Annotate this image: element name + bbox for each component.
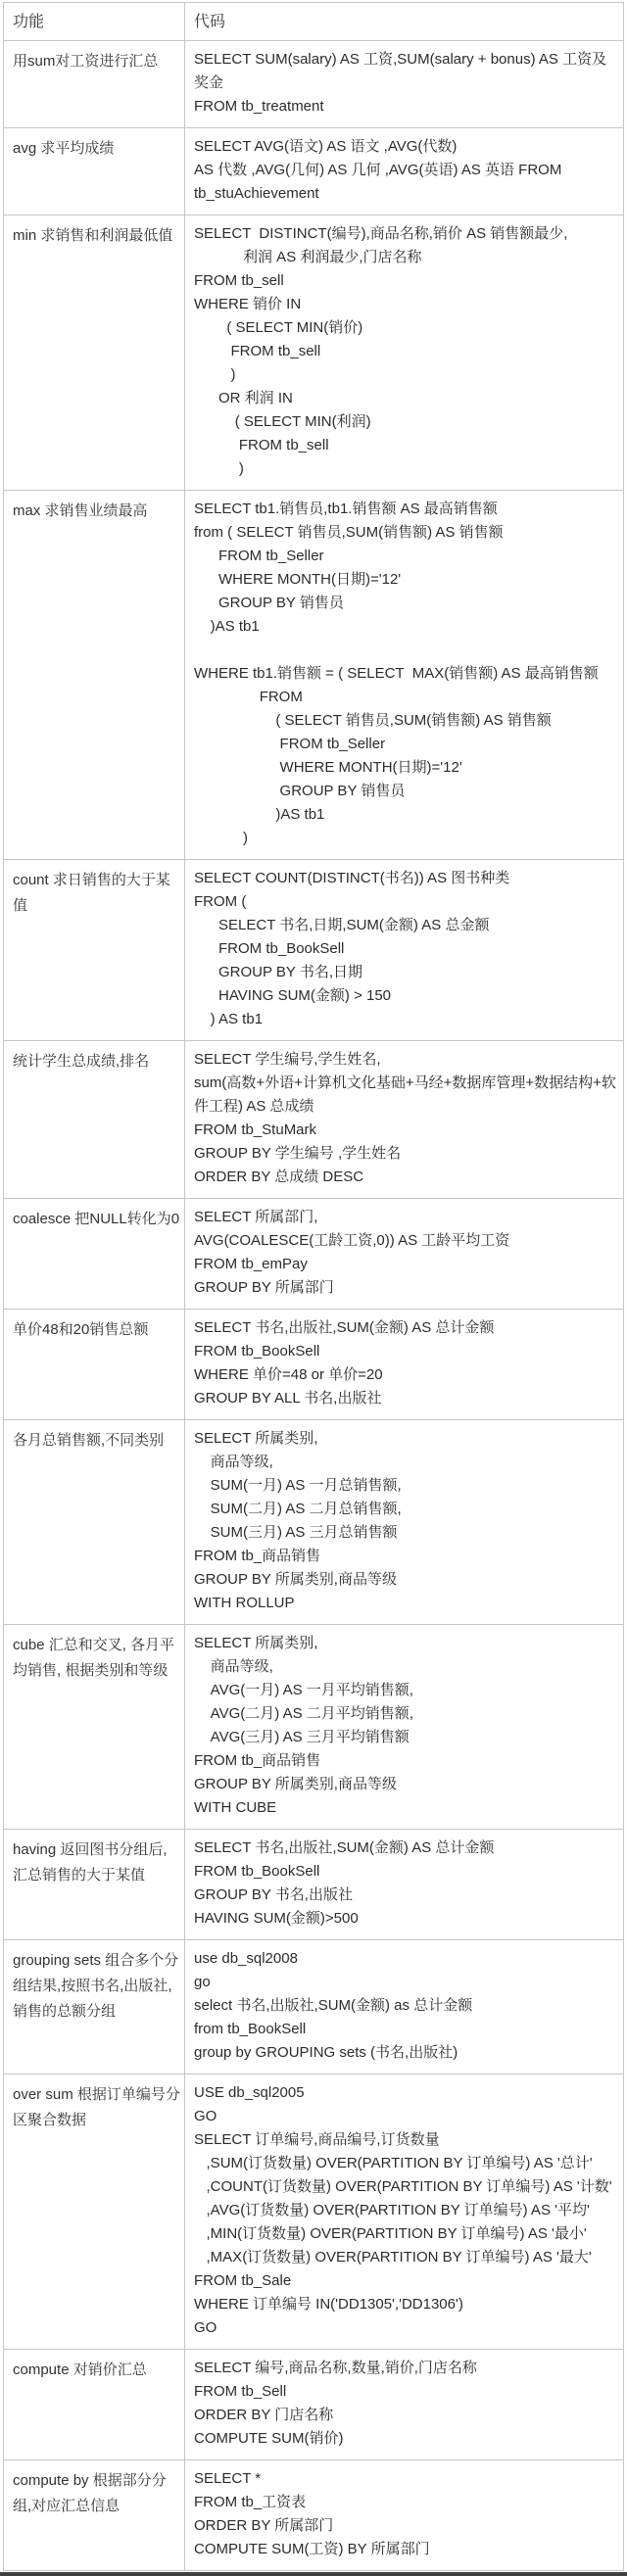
code-line: GROUP BY 销售员 (194, 780, 617, 803)
code-cell: SELECT AVG(语文) AS 语文 ,AVG(代数)AS 代数 ,AVG(… (185, 128, 624, 215)
code-line: GROUP BY 销售员 (194, 592, 617, 615)
code-line: WITH CUBE (194, 1796, 617, 1820)
code-line: ,MAX(订货数量) OVER(PARTITION BY 订单编号) AS '最… (194, 2246, 617, 2269)
feature-cell: 各月总销售额,不同类别 (4, 1420, 185, 1625)
code-line: FROM tb_sell (194, 269, 617, 293)
feature-cell: min 求销售和利润最低值 (4, 215, 185, 491)
code-line: FROM tb_sell (194, 434, 617, 457)
table-row: avg 求平均成绩 SELECT AVG(语文) AS 语文 ,AVG(代数)A… (4, 128, 624, 215)
code-line: FROM tb_BookSell (194, 937, 617, 961)
code-cell: SELECT 所属部门,AVG(COALESCE(工龄工资,0)) AS 工龄平… (185, 1199, 624, 1310)
table-row: 用sum对工资进行汇总 SELECT SUM(salary) AS 工资,SUM… (4, 41, 624, 128)
feature-cell: compute 对销价汇总 (4, 2350, 185, 2460)
feature-cell: having 返回图书分组后, 汇总销售的大于某值 (4, 1830, 185, 1940)
code-line: SELECT tb1.销售员,tb1.销售额 AS 最高销售额 (194, 498, 617, 521)
code-line: ) (194, 363, 617, 387)
code-line: HAVING SUM(金额) > 150 (194, 984, 617, 1008)
code-line: WHERE MONTH(日期)='12' (194, 568, 617, 592)
code-cell: SELECT 书名,出版社,SUM(金额) AS 总计金额FROM tb_Boo… (185, 1310, 624, 1420)
code-line: SELECT COUNT(DISTINCT(书名)) AS 图书种类 (194, 867, 617, 890)
code-line: GROUP BY 书名,日期 (194, 961, 617, 984)
code-cell: SELECT 所属类别, 商品等级, AVG(一月) AS 一月平均销售额, A… (185, 1625, 624, 1830)
code-line: AVG(三月) AS 三月平均销售额 (194, 1726, 617, 1749)
table-row: min 求销售和利润最低值 SELECT DISTINCT(编号),商品名称,销… (4, 215, 624, 491)
code-line: SELECT AVG(语文) AS 语文 ,AVG(代数) (194, 135, 617, 159)
code-line: GO (194, 2105, 617, 2128)
code-line: USE db_sql2005 (194, 2081, 617, 2105)
table-row: having 返回图书分组后, 汇总销售的大于某值 SELECT 书名,出版社,… (4, 1830, 624, 1940)
code-line: FROM tb_Seller (194, 545, 617, 568)
code-line: ( SELECT MIN(利润) (194, 410, 617, 434)
code-line: FROM tb_BookSell (194, 1340, 617, 1363)
code-cell: SELECT 学生编号,学生姓名,sum(高数+外语+计算机文化基础+马经+数据… (185, 1041, 624, 1199)
code-line: GROUP BY 所属类别,商品等级 (194, 1568, 617, 1592)
code-line: 利润 AS 利润最少,门店名称 (194, 246, 617, 269)
code-line: FROM tb_BookSell (194, 1860, 617, 1884)
table-row: max 求销售业绩最高 SELECT tb1.销售员,tb1.销售额 AS 最高… (4, 491, 624, 860)
sql-reference-document: 功能 代码 用sum对工资进行汇总 SELECT SUM(salary) AS … (0, 0, 627, 2576)
code-line: WHERE MONTH(日期)='12' (194, 756, 617, 780)
code-line: WHERE 订单编号 IN('DD1305','DD1306') (194, 2293, 617, 2316)
code-cell: SELECT 编号,商品名称,数量,销价,门店名称FROM tb_SellORD… (185, 2350, 624, 2460)
code-line: )AS tb1 (194, 615, 617, 639)
code-cell: SELECT SUM(salary) AS 工资,SUM(salary + bo… (185, 41, 624, 128)
code-line: ,AVG(订货数量) OVER(PARTITION BY 订单编号) AS '平… (194, 2199, 617, 2222)
table-row: over sum 根据订单编号分区聚合数据 USE db_sql2005GOSE… (4, 2075, 624, 2350)
code-line: SUM(二月) AS 二月总销售额, (194, 1498, 617, 1521)
code-line: SELECT 书名,日期,SUM(金额) AS 总金额 (194, 914, 617, 937)
code-line: GROUP BY 学生编号 ,学生姓名 (194, 1142, 617, 1166)
code-line: SELECT 书名,出版社,SUM(金额) AS 总计金额 (194, 1316, 617, 1340)
code-line: ,SUM(订货数量) OVER(PARTITION BY 订单编号) AS '总… (194, 2152, 617, 2175)
code-line: WHERE 单价=48 or 单价=20 (194, 1363, 617, 1387)
code-line: from ( SELECT 销售员,SUM(销售额) AS 销售额 (194, 521, 617, 545)
code-line: COMPUTE SUM(销价) (194, 2427, 617, 2451)
table-row: coalesce 把NULL转化为0 SELECT 所属部门,AVG(COALE… (4, 1199, 624, 1310)
code-line: SELECT 订单编号,商品编号,订货数量 (194, 2128, 617, 2152)
feature-cell: coalesce 把NULL转化为0 (4, 1199, 185, 1310)
code-line: GO (194, 2316, 617, 2340)
code-line: FROM tb_商品销售 (194, 1749, 617, 1773)
code-line: ORDER BY 所属部门 (194, 2514, 617, 2538)
feature-cell: 统计学生总成绩,排名 (4, 1041, 185, 1199)
code-line: WITH ROLLUP (194, 1592, 617, 1615)
code-line: FROM tb_emPay (194, 1253, 617, 1276)
code-line: GROUP BY 书名,出版社 (194, 1884, 617, 1907)
table-container: 功能 代码 用sum对工资进行汇总 SELECT SUM(salary) AS … (0, 0, 627, 2571)
code-line: SELECT 书名,出版社,SUM(金额) AS 总计金额 (194, 1837, 617, 1860)
code-line: GROUP BY 所属部门 (194, 1276, 617, 1300)
code-line: SELECT 编号,商品名称,数量,销价,门店名称 (194, 2357, 617, 2380)
code-cell: SELECT tb1.销售员,tb1.销售额 AS 最高销售额from ( SE… (185, 491, 624, 860)
code-line: AVG(COALESCE(工龄工资,0)) AS 工龄平均工资 (194, 1229, 617, 1253)
code-line: ) (194, 827, 617, 850)
code-line: ORDER BY 总成绩 DESC (194, 1166, 617, 1189)
feature-cell: count 求日销售的大于某值 (4, 860, 185, 1041)
code-line: FROM tb_Sell (194, 2380, 617, 2404)
code-line: )AS tb1 (194, 803, 617, 827)
header-row: 功能 代码 (4, 3, 624, 41)
code-line: COMPUTE SUM(工资) BY 所属部门 (194, 2538, 617, 2561)
code-cell: SELECT *FROM tb_工资表ORDER BY 所属部门COMPUTE … (185, 2460, 624, 2571)
code-line: FROM ( (194, 890, 617, 914)
code-line: FROM tb_sell (194, 340, 617, 363)
feature-cell: avg 求平均成绩 (4, 128, 185, 215)
code-line: go (194, 1971, 617, 1994)
feature-cell: 单价48和20销售总额 (4, 1310, 185, 1420)
code-line: FROM tb_treatment (194, 95, 617, 119)
code-line: AS 代数 ,AVG(几何) AS 几何 ,AVG(英语) AS 英语 FROM… (194, 159, 617, 206)
table-row: 单价48和20销售总额 SELECT 书名,出版社,SUM(金额) AS 总计金… (4, 1310, 624, 1420)
code-line: sum(高数+外语+计算机文化基础+马经+数据库管理+数据结构+软件工程) AS… (194, 1072, 617, 1119)
code-cell: USE db_sql2005GOSELECT 订单编号,商品编号,订货数量 ,S… (185, 2075, 624, 2350)
table-row: 统计学生总成绩,排名 SELECT 学生编号,学生姓名,sum(高数+外语+计算… (4, 1041, 624, 1199)
code-cell: use db_sql2008goselect 书名,出版社,SUM(金额) as… (185, 1940, 624, 2075)
table-row: count 求日销售的大于某值 SELECT COUNT(DISTINCT(书名… (4, 860, 624, 1041)
sql-examples-table: 功能 代码 用sum对工资进行汇总 SELECT SUM(salary) AS … (3, 2, 624, 2571)
code-line: WHERE 销价 IN (194, 293, 617, 316)
code-line: FROM (194, 686, 617, 709)
bottom-edge-bar (0, 2572, 627, 2576)
code-line: SUM(一月) AS 一月总销售额, (194, 1474, 617, 1498)
table-row: 各月总销售额,不同类别 SELECT 所属类别, 商品等级, SUM(一月) A… (4, 1420, 624, 1625)
code-line: AVG(二月) AS 二月平均销售额, (194, 1702, 617, 1726)
code-line: ( SELECT 销售员,SUM(销售额) AS 销售额 (194, 709, 617, 733)
code-line: SELECT * (194, 2467, 617, 2491)
code-line: ,COUNT(订货数量) OVER(PARTITION BY 订单编号) AS … (194, 2175, 617, 2199)
code-line: from tb_BookSell (194, 2018, 617, 2041)
code-cell: SELECT COUNT(DISTINCT(书名)) AS 图书种类FROM (… (185, 860, 624, 1041)
feature-cell: 用sum对工资进行汇总 (4, 41, 185, 128)
table-row: grouping sets 组合多个分组结果,按照书名,出版社,销售的总额分组 … (4, 1940, 624, 2075)
feature-cell: cube 汇总和交叉, 各月平均销售, 根据类别和等级 (4, 1625, 185, 1830)
code-line: FROM tb_Seller (194, 733, 617, 756)
code-line: 商品等级, (194, 1655, 617, 1679)
code-line: SELECT 所属类别, (194, 1427, 617, 1451)
code-line: FROM tb_工资表 (194, 2491, 617, 2514)
feature-cell: max 求销售业绩最高 (4, 491, 185, 860)
code-line: GROUP BY ALL 书名,出版社 (194, 1387, 617, 1410)
code-line: use db_sql2008 (194, 1947, 617, 1971)
table-row: cube 汇总和交叉, 各月平均销售, 根据类别和等级 SELECT 所属类别,… (4, 1625, 624, 1830)
feature-cell: compute by 根据部分分组,对应汇总信息 (4, 2460, 185, 2571)
code-line: FROM tb_StuMark (194, 1119, 617, 1142)
code-line: ) AS tb1 (194, 1008, 617, 1031)
code-line: AVG(一月) AS 一月平均销售额, (194, 1679, 617, 1702)
code-cell: SELECT 所属类别, 商品等级, SUM(一月) AS 一月总销售额, SU… (185, 1420, 624, 1625)
code-line: GROUP BY 所属类别,商品等级 (194, 1773, 617, 1796)
code-line: HAVING SUM(金额)>500 (194, 1907, 617, 1931)
code-line: select 书名,出版社,SUM(金额) as 总计金额 (194, 1994, 617, 2018)
code-line: ( SELECT MIN(销价) (194, 316, 617, 340)
table-row: compute by 根据部分分组,对应汇总信息 SELECT *FROM tb… (4, 2460, 624, 2571)
code-cell: SELECT 书名,出版社,SUM(金额) AS 总计金额FROM tb_Boo… (185, 1830, 624, 1940)
code-line: OR 利润 IN (194, 387, 617, 410)
code-line: FROM tb_Sale (194, 2269, 617, 2293)
column-header-feature: 功能 (4, 3, 185, 41)
feature-cell: grouping sets 组合多个分组结果,按照书名,出版社,销售的总额分组 (4, 1940, 185, 2075)
code-line: SELECT SUM(salary) AS 工资,SUM(salary + bo… (194, 48, 617, 95)
code-line: ORDER BY 门店名称 (194, 2404, 617, 2427)
code-line: ) (194, 457, 617, 481)
code-line: SELECT 所属类别, (194, 1632, 617, 1655)
code-line: ,MIN(订货数量) OVER(PARTITION BY 订单编号) AS '最… (194, 2222, 617, 2246)
code-line (194, 639, 617, 662)
code-line: SELECT 所属部门, (194, 1206, 617, 1229)
feature-cell: over sum 根据订单编号分区聚合数据 (4, 2075, 185, 2350)
code-line: SUM(三月) AS 三月总销售额 (194, 1521, 617, 1545)
code-line: SELECT DISTINCT(编号),商品名称,销价 AS 销售额最少, (194, 222, 617, 246)
code-line: WHERE tb1.销售额 = ( SELECT MAX(销售额) AS 最高销… (194, 662, 617, 686)
code-line: 商品等级, (194, 1451, 617, 1474)
table-row: compute 对销价汇总 SELECT 编号,商品名称,数量,销价,门店名称F… (4, 2350, 624, 2460)
code-line: SELECT 学生编号,学生姓名, (194, 1048, 617, 1072)
code-line: group by GROUPING sets (书名,出版社) (194, 2041, 617, 2065)
code-cell: SELECT DISTINCT(编号),商品名称,销价 AS 销售额最少, 利润… (185, 215, 624, 491)
code-line: FROM tb_商品销售 (194, 1545, 617, 1568)
column-header-code: 代码 (185, 3, 624, 41)
